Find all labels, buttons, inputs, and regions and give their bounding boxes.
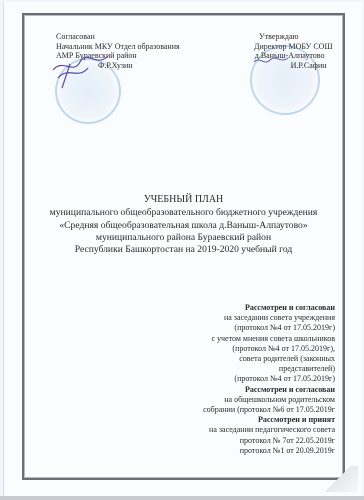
review-block3-line3: протокол №1 от 20.09.2019г: [203, 446, 335, 456]
review-block3-line1: на заседании педагогического совета: [203, 425, 335, 435]
review-block1-line5: совета родителей (законных: [203, 354, 335, 364]
title-line4: Республики Башкортостан на 2019-2020 уче…: [22, 244, 345, 256]
signature-right-icon: [252, 54, 292, 68]
review-block1-line2: (протокол №4 от 17.05.2019г): [203, 323, 335, 333]
review-block1-line7: (протокол №4 от 17.05.2019г): [203, 374, 335, 384]
title-line1: муниципального общеобразовательного бюдж…: [22, 207, 345, 219]
review-block3-line2: протокол № 7от 22.05.2019г: [203, 436, 335, 446]
document-title: УЧЕБНЫЙ ПЛАН: [22, 194, 345, 206]
page-corner-fold: [318, 466, 358, 492]
review-block1-line1: на заседании совета учреждения: [203, 313, 335, 323]
document-title-block: УЧЕБНЫЙ ПЛАН муниципального общеобразова…: [22, 194, 345, 256]
approval-right-line1: Директор МОБУ СОШ: [254, 42, 333, 52]
review-block1-line3: с учетом мнения совета школьников: [203, 334, 335, 344]
review-block1-heading: Рассмотрен и согласован: [203, 303, 335, 313]
approval-right-heading: Утверждаю: [254, 32, 333, 42]
scan-bottom-edge: [0, 496, 364, 500]
review-block2-line1: на общешкольном родительском: [203, 395, 335, 405]
review-block1-line6: представителей): [203, 364, 335, 374]
title-line3: муниципального района Бураевский район: [22, 232, 345, 244]
title-line2: «Средняя общеобразовательная школа д.Ван…: [22, 220, 345, 232]
review-approval-block: Рассмотрен и согласован на заседании сов…: [203, 303, 335, 456]
review-block1-line4: (протокол №4 от 17.05.2019г),: [203, 344, 335, 354]
approval-left-heading: Согласован: [56, 32, 180, 42]
review-block2-line2: собрании (протокол №6 от 17.05.2019г: [203, 405, 335, 415]
signature-left-icon: [48, 50, 118, 90]
review-block2-heading: Рассмотрен и согласован: [203, 385, 335, 395]
review-block3-heading: Рассмотрен и принят: [203, 415, 335, 425]
